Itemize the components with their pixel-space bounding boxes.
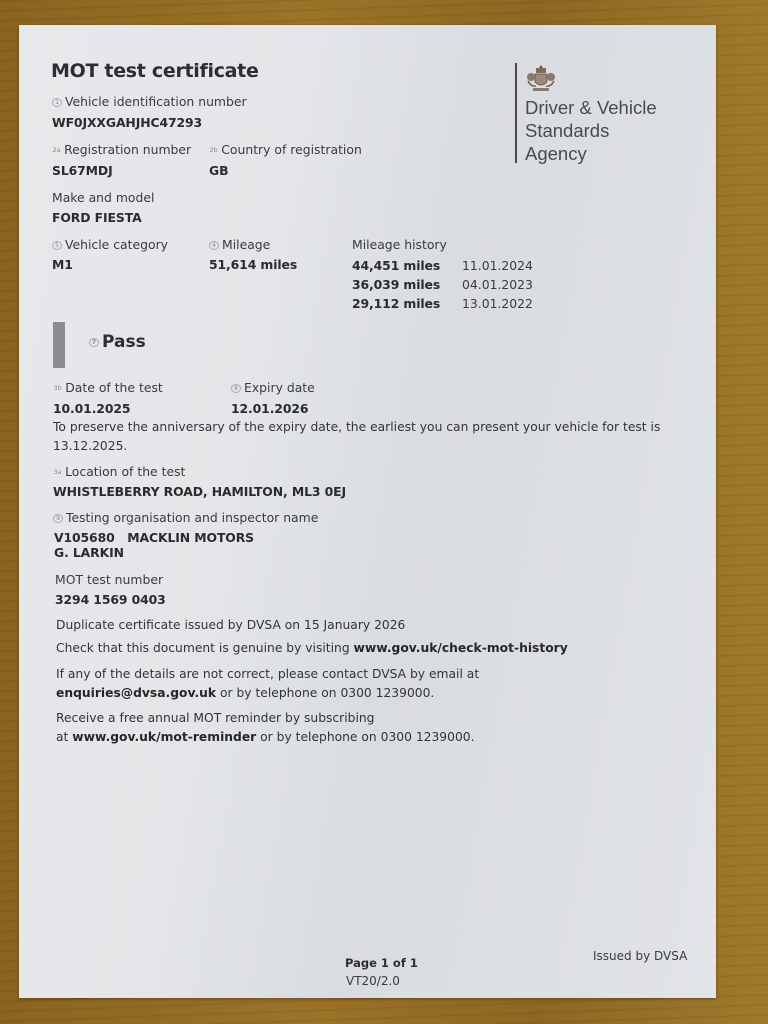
test-result: 7Pass — [89, 332, 146, 352]
mileage-value: 51,614 miles — [209, 257, 297, 272]
vin-value: WF0JXXGAHJHC47293 — [52, 115, 202, 130]
royal-crest-icon — [525, 63, 557, 93]
duplicate-notice: Duplicate certificate issued by DVSA on … — [56, 616, 405, 635]
test-date-label: 3bDate of the test — [53, 380, 163, 395]
contact-notice: If any of the details are not correct, p… — [56, 665, 479, 703]
mot-reminder-link[interactable]: www.gov.uk/mot-reminder — [72, 730, 256, 744]
document-title: MOT test certificate — [51, 60, 259, 82]
mileage-history-label: Mileage history — [352, 237, 447, 252]
field-number-badge: 3b — [53, 385, 62, 392]
form-code: VT20/2.0 — [346, 974, 400, 988]
page-number: Page 1 of 1 — [345, 956, 418, 970]
genuine-check-notice: Check that this document is genuine by v… — [56, 639, 568, 658]
category-label: 5Vehicle category — [52, 237, 168, 252]
vin-label: 1Vehicle identification number — [52, 94, 247, 109]
logo-divider — [515, 63, 517, 163]
registration-label: 2aRegistration number — [52, 142, 191, 157]
field-number-badge: 9 — [53, 514, 63, 523]
field-number-badge: 4 — [209, 241, 219, 250]
mileage-history-row: 44,451 miles 11.01.2024 — [352, 256, 533, 275]
check-mot-history-link[interactable]: www.gov.uk/check-mot-history — [354, 641, 568, 655]
location-value: WHISTLEBERRY ROAD, HAMILTON, ML3 0EJ — [53, 484, 346, 499]
country-label: 2bCountry of registration — [209, 142, 362, 157]
organisation-name: MACKLIN MOTORS — [127, 530, 254, 545]
inspector-name: G. LARKIN — [54, 545, 254, 560]
organisation-code: V105680 — [54, 530, 115, 545]
location-label: 3aLocation of the test — [53, 464, 185, 479]
organisation-label: 9Testing organisation and inspector name — [53, 510, 318, 525]
mileage-label: 4Mileage — [209, 237, 270, 252]
field-number-badge: 1 — [52, 98, 62, 107]
field-number-badge: 5 — [52, 241, 62, 250]
contact-email-link[interactable]: enquiries@dvsa.gov.uk — [56, 686, 216, 700]
category-value: M1 — [52, 257, 73, 272]
test-date-value: 10.01.2025 — [53, 401, 130, 416]
mot-certificate-page: MOT test certificate Driver & Vehicle St… — [19, 25, 716, 998]
country-value: GB — [209, 163, 228, 178]
reminder-notice: Receive a free annual MOT reminder by su… — [56, 709, 475, 747]
mileage-history-row: 29,112 miles 13.01.2022 — [352, 294, 533, 313]
field-number-badge: 7 — [89, 338, 99, 347]
make-model-label: Make and model — [52, 190, 154, 205]
expiry-label: 8Expiry date — [231, 380, 315, 395]
field-number-badge: 2b — [209, 147, 218, 154]
mileage-history-row: 36,039 miles 04.01.2023 — [352, 275, 533, 294]
field-number-badge: 2a — [52, 147, 61, 154]
mileage-history-list: 44,451 miles 11.01.2024 36,039 miles 04.… — [352, 256, 533, 313]
make-model-value: FORD FIESTA — [52, 210, 142, 225]
result-status-bar — [53, 322, 65, 368]
organisation-value: V105680 MACKLIN MOTORS G. LARKIN — [54, 530, 254, 560]
anniversary-note: To preserve the anniversary of the expir… — [53, 418, 660, 456]
agency-name: Driver & Vehicle Standards Agency — [525, 96, 657, 165]
test-number-label: MOT test number — [55, 572, 163, 587]
field-number-badge: 8 — [231, 384, 241, 393]
registration-value: SL67MDJ — [52, 163, 113, 178]
expiry-value: 12.01.2026 — [231, 401, 308, 416]
test-number-value: 3294 1569 0403 — [55, 592, 166, 607]
field-number-badge: 3a — [53, 469, 62, 476]
issued-by: Issued by DVSA — [593, 949, 687, 963]
